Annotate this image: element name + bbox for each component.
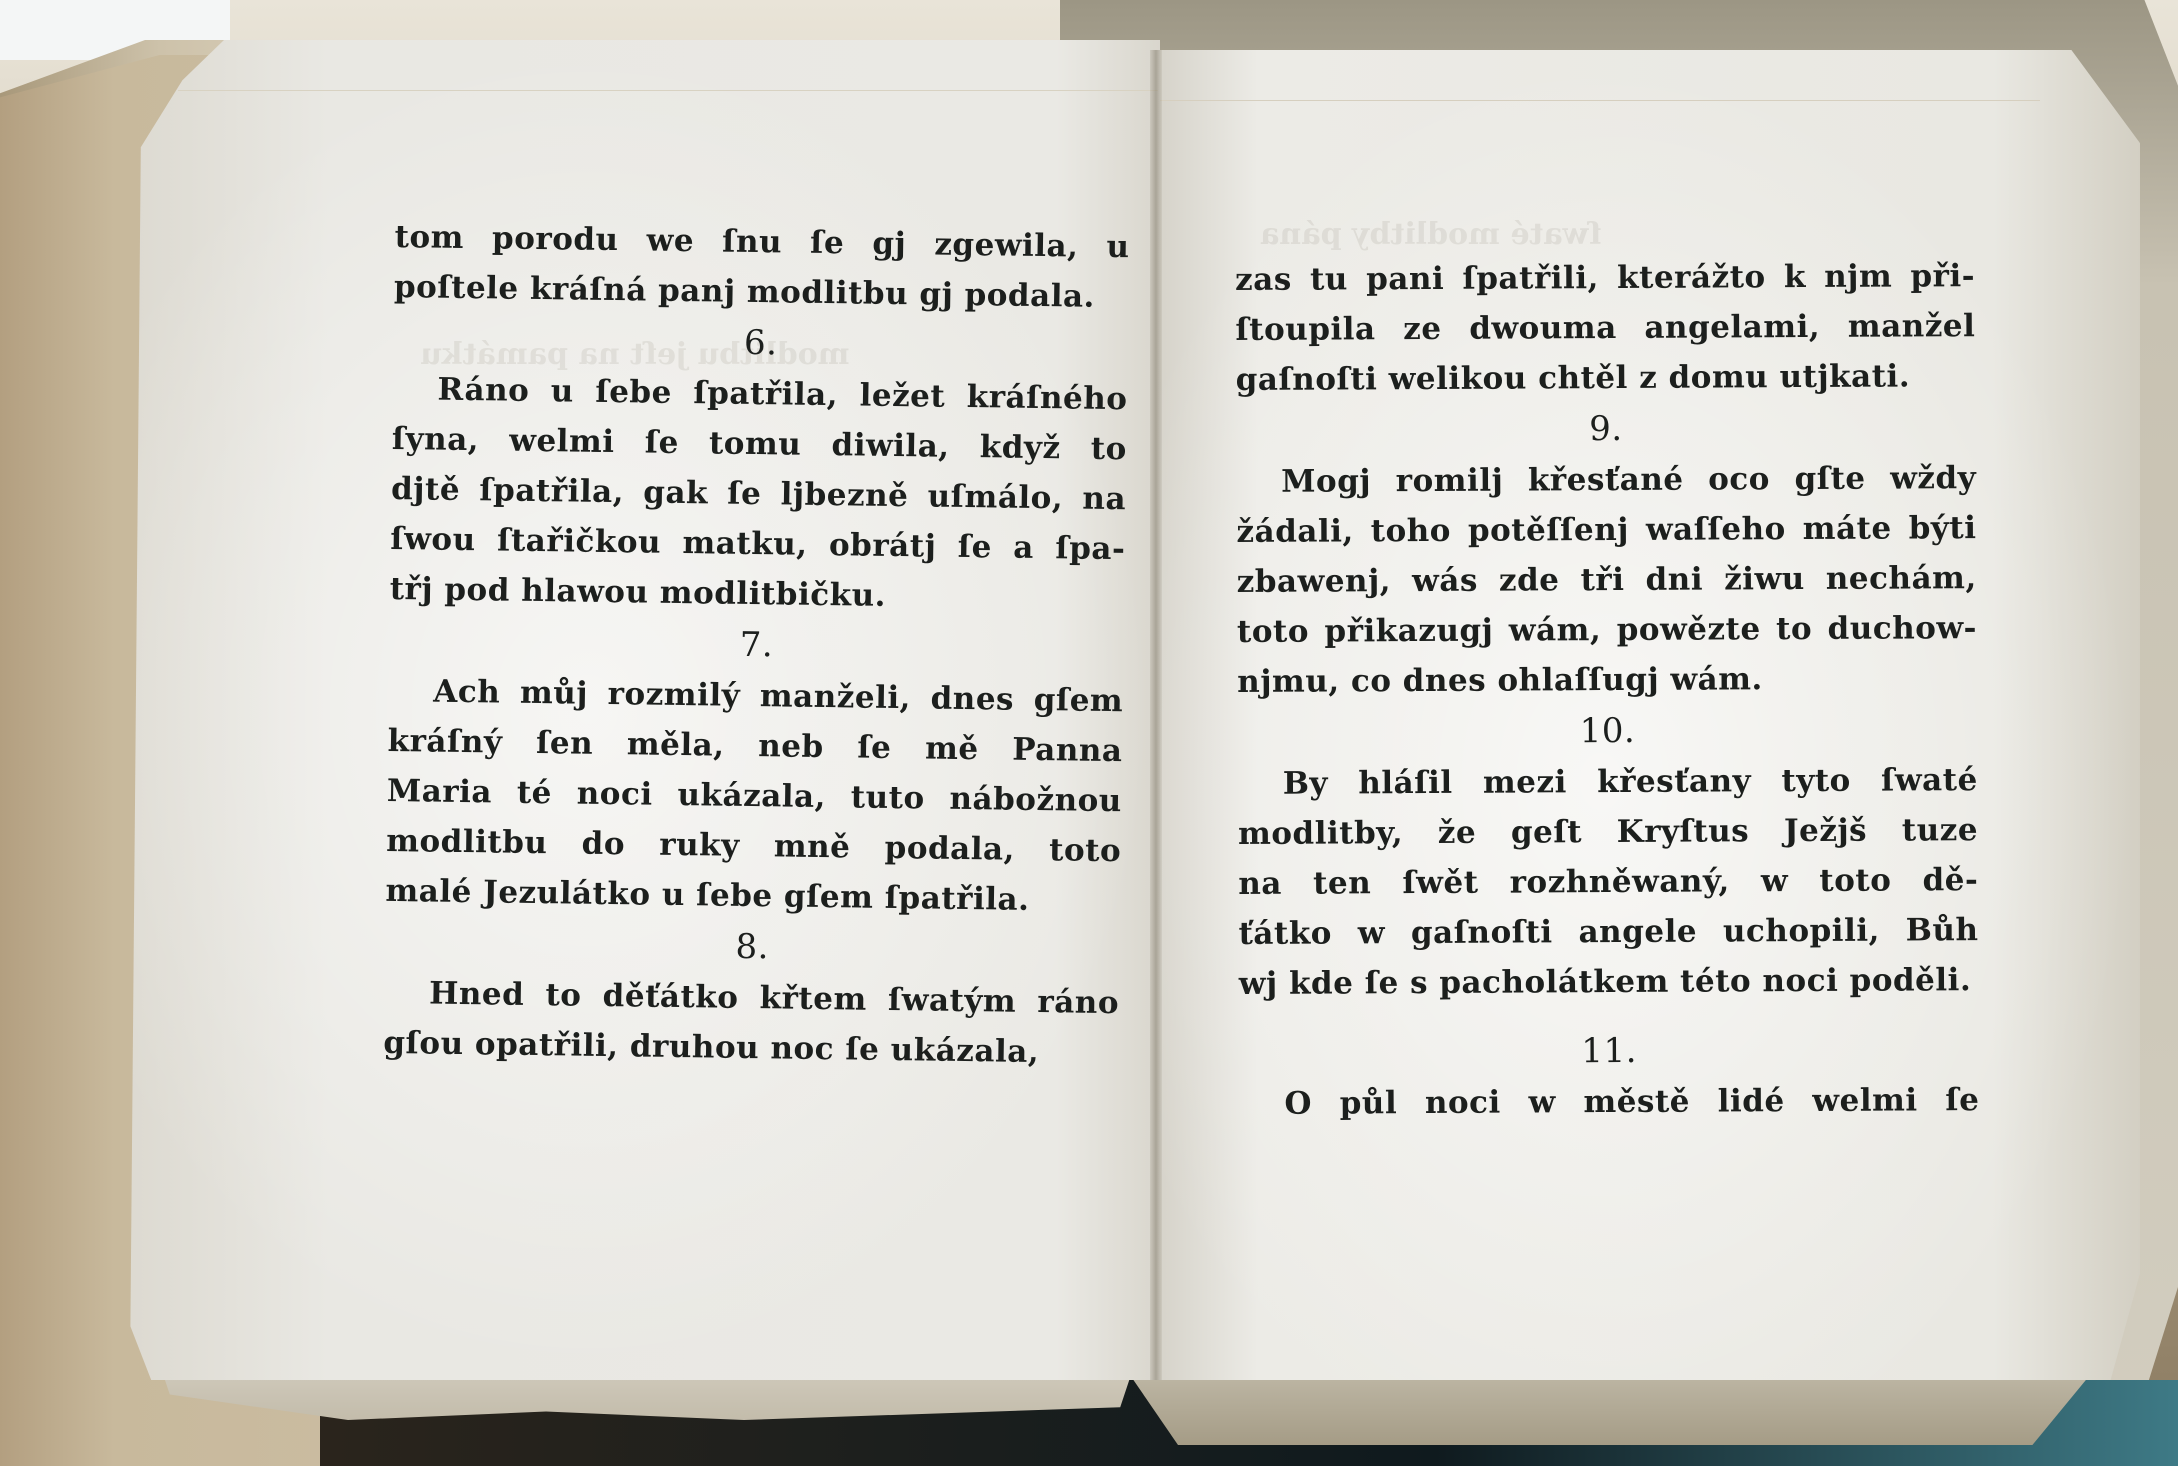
paragraph-11: O půl noci w městě lidé welmi ſe	[1239, 1075, 1979, 1129]
text-line: žádali, toho potěſſenj waſſeho máte býti	[1236, 503, 1976, 557]
right-page-text: zas tu pani ſpatřili, kterážto k njm při…	[1235, 251, 1980, 1129]
text-line: poſtele kráſná panj modlitbu gj podala.	[394, 262, 1130, 322]
text-line: na ten ſwět rozhněwaný, w toto dě-	[1238, 855, 1978, 909]
section-number: 10.	[1237, 703, 1977, 759]
section-number: 9.	[1236, 401, 1976, 457]
text-line: Mogj romilj křesťané oco gſte wždy	[1236, 453, 1976, 507]
text-line: třj pod hlawou modlitbičku.	[389, 564, 1125, 624]
text-line: malé Jezulátko u ſebe gſem ſpatřila.	[385, 866, 1121, 926]
book-gutter	[1150, 50, 1162, 1380]
text-line: ťátko w gaſnoſti angele uchopili, Bůh	[1238, 905, 1978, 959]
text-line: njmu, co dnes ohlaſſugj wám.	[1237, 653, 1977, 707]
torn-page-edge-right	[1130, 1375, 2090, 1445]
continuation-paragraph: zas tu pani ſpatřili, kterážto k njm při…	[1235, 251, 1976, 405]
paragraph-6: Ráno u ſebe ſpatřila, ležet kráſného ſyn…	[389, 364, 1127, 624]
text-line: toto přikazugj wám, powězte to duchow-	[1237, 603, 1977, 657]
text-line: gaſnoſti welikou chtěl z domu utjkati.	[1236, 351, 1976, 405]
text-line: wj kde ſe s pacholátkem této noci poděli…	[1239, 955, 1979, 1009]
paragraph-8: Hned to děťátko křtem ſwatým ráno gſou o…	[383, 968, 1119, 1078]
text-line: O půl noci w městě lidé welmi ſe	[1239, 1075, 1979, 1129]
text-line: zbawenj, wás zde tři dni žiwu nechám,	[1237, 553, 1977, 607]
left-page-text: tom porodu we ſnu ſe gj zgewila, u poſte…	[383, 212, 1130, 1078]
paragraph-7: Ach můj rozmilý manželi, dnes gſem kráſn…	[385, 666, 1123, 926]
right-page-fold-line	[1160, 100, 2040, 101]
text-line: ſtoupila ze dwouma angelami, manžel	[1235, 301, 1975, 355]
text-line: modlitby, že geſt Kryſtus Ježjš tuze	[1238, 805, 1978, 859]
text-line: zas tu pani ſpatřili, kterážto k njm při…	[1235, 251, 1975, 305]
text-line: By hláſil mezi křesťany tyto ſwaté	[1238, 755, 1978, 809]
text-line: gſou opatřili, druhou noc ſe ukázala,	[383, 1018, 1119, 1078]
paragraph-10: By hláſil mezi křesťany tyto ſwaté modli…	[1238, 755, 1979, 1009]
continuation-paragraph: tom porodu we ſnu ſe gj zgewila, u poſte…	[394, 212, 1130, 322]
paragraph-9: Mogj romilj křesťané oco gſte wždy žádal…	[1236, 453, 1977, 707]
section-number: 11.	[1239, 1023, 1979, 1079]
